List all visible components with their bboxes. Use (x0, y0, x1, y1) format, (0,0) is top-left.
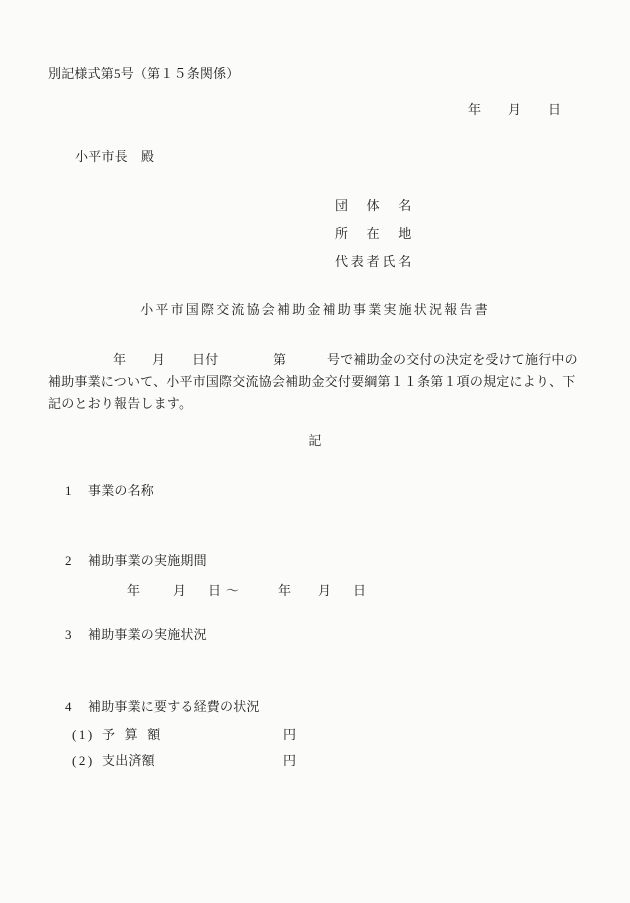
period-month-1: 月 (173, 583, 186, 599)
intro-rest: 号で補助金の交付の決定を受けて施行中の (327, 352, 578, 368)
intro-line-3: 記のとおり報告します。 (48, 396, 192, 412)
item-3: 3 補助事業の実施状況 (0, 627, 630, 643)
item-3-number: 3 (65, 627, 72, 643)
intro-day-suffix: 日付 (192, 352, 218, 368)
period-day-1: 日 (208, 583, 221, 599)
expense-budget-unit: 円 (283, 727, 296, 743)
header-date-day: 日 (548, 102, 561, 118)
item-4-number: 4 (65, 699, 72, 715)
item-2-number: 2 (65, 553, 72, 569)
intro-line-1: 年 月 日付 第 号で補助金の交付の決定を受けて施行中の (0, 352, 630, 368)
expense-paid-unit: 円 (283, 753, 296, 769)
period-day-2: 日 (353, 583, 366, 599)
item-3-label: 補助事業の実施状況 (88, 627, 207, 643)
expense-paid-number: (2) (72, 753, 95, 769)
header-date-year: 年 (468, 102, 481, 118)
item-1: 1 事業の名称 (0, 483, 630, 499)
period-year-2: 年 (278, 583, 291, 599)
org-address-label: 所 在 地 (335, 226, 414, 242)
item-1-number: 1 (65, 483, 72, 499)
intro-year: 年 (113, 352, 126, 368)
item-2: 2 補助事業の実施期間 (0, 553, 630, 569)
document-title: 小平市国際交流協会補助金補助事業実施状況報告書 (0, 302, 630, 318)
form-number: 別記様式第5号（第１５条関係） (48, 66, 240, 82)
item-4: 4 補助事業に要する経費の状況 (0, 699, 630, 715)
intro-line-2: 補助事業について、小平市国際交流協会補助金交付要綱第１１条第１項の規定により、下 (48, 374, 575, 390)
ki-heading: 記 (0, 433, 630, 449)
expense-budget-label: 予 算 額 (102, 727, 161, 743)
org-representative-label: 代表者氏名 (335, 254, 414, 270)
header-date-month: 月 (508, 102, 521, 118)
period-year-1: 年 (127, 583, 140, 599)
expense-budget-row: (1) 予 算 額 円 (0, 727, 630, 743)
item-2-label: 補助事業の実施期間 (88, 553, 207, 569)
org-name-label: 団 体 名 (335, 198, 414, 214)
intro-month: 月 (152, 352, 165, 368)
intro-number-prefix: 第 (273, 352, 286, 368)
period-month-2: 月 (318, 583, 331, 599)
header-date: 年 月 日 (0, 102, 630, 118)
item-4-label: 補助事業に要する経費の状況 (88, 699, 260, 715)
expense-paid-label: 支出済額 (102, 753, 155, 769)
expense-budget-number: (1) (72, 727, 95, 743)
addressee: 小平市長 殿 (75, 149, 154, 165)
expense-paid-row: (2) 支出済額 円 (0, 753, 630, 769)
item-1-label: 事業の名称 (88, 483, 154, 499)
period-line: 年 月 日 ～ 年 月 日 (0, 583, 630, 599)
period-tilde: ～ (226, 583, 239, 599)
document-page: 別記様式第5号（第１５条関係） 年 月 日 小平市長 殿 団 体 名 所 在 地… (0, 0, 630, 903)
